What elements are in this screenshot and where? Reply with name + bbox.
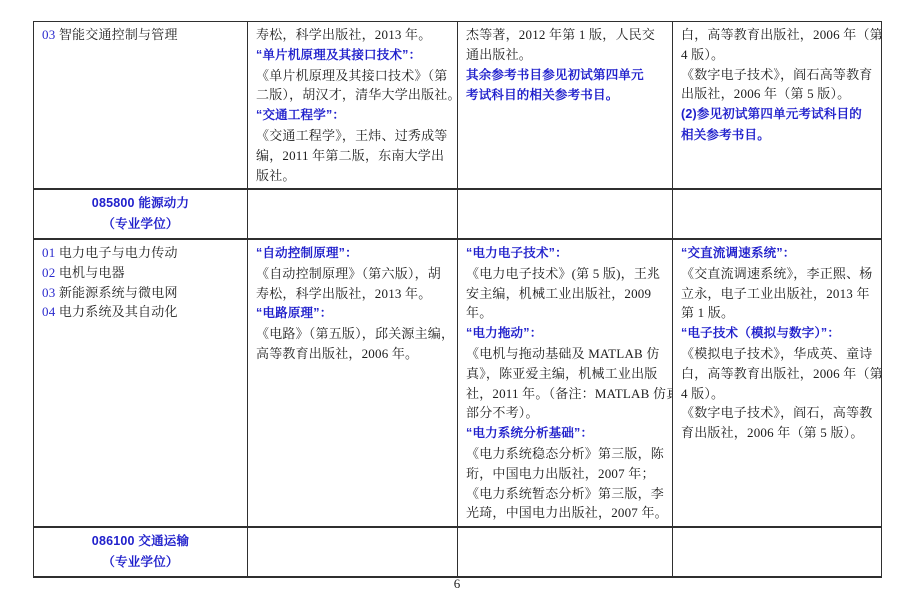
highlight-text: （专业学位） xyxy=(102,217,178,231)
highlight-text: 考试科目的相关参考书目。 xyxy=(466,88,618,102)
text-line: 《电力系统暂态分析》第三版，李 xyxy=(466,484,664,504)
text-line: 《自动控制原理》（第六版），胡 xyxy=(256,264,449,284)
reference-books-table: 03 智能交通控制与管理 寿松，科学出版社，2013 年。“单片机原理及其接口技… xyxy=(33,21,882,578)
highlight-text: “电力拖动”： xyxy=(466,326,542,340)
body-text: 01 xyxy=(42,245,59,260)
highlight-text: (2)参见初试第四单元考试科目的 xyxy=(681,107,862,121)
cell-empty xyxy=(458,527,673,577)
body-text: 育出版社，2006 年（第 5 版）。 xyxy=(681,425,864,440)
cell-refs-ac-dc-drive-electronics: “交直流调速系统”：《交直流调速系统》，李正熙、杨立永，电子工业出版社，2013… xyxy=(673,239,882,527)
text-line: 03 智能交通控制与管理 xyxy=(42,25,239,45)
text-line: “电子技术（模拟与数字）”： xyxy=(681,323,873,344)
text-line: “电力拖动”： xyxy=(466,323,664,344)
text-line: 《数字电子技术》，阎石高等教育 xyxy=(681,65,873,85)
cell-empty xyxy=(673,527,882,577)
text-line: 寿松，科学出版社，2013 年。 xyxy=(256,284,449,304)
text-line: 寿松，科学出版社，2013 年。 xyxy=(256,25,449,45)
body-text: 版社。 xyxy=(256,168,296,183)
cell-specialties-electric-power: 01 电力电子与电力传动02 电机与电器03 新能源系统与微电网04 电力系统及… xyxy=(34,239,248,527)
body-text: 二版），胡汉才，清华大学出版社。 xyxy=(256,87,458,102)
body-text: 通出版社。 xyxy=(466,47,532,62)
text-line: 《单片机原理及其接口技术》（第 xyxy=(256,66,449,86)
body-text: 《数字电子技术》，阎石高等教育 xyxy=(681,67,873,82)
cell-refs-microcontroller-traffic-eng: 寿松，科学出版社，2013 年。“单片机原理及其接口技术”：《单片机原理及其接口… xyxy=(248,22,458,190)
body-text: 光琦，中国电力出版社，2007 年。 xyxy=(466,505,668,520)
cell-program-085800-energy-power: 085800 能源动力（专业学位） xyxy=(34,189,248,239)
text-line: 年。 xyxy=(466,303,664,323)
body-text: 电力系统及其自动化 xyxy=(59,304,178,319)
body-text: 《交直流调速系统》，李正熙、杨 xyxy=(681,266,873,281)
text-line: 《电路》（第五版），邱关源主编， xyxy=(256,324,449,344)
body-text: 《模拟电子技术》，华成英、童诗 xyxy=(681,346,873,361)
body-text: 电力电子与电力传动 xyxy=(59,245,178,260)
highlight-text: “电子技术（模拟与数字）”： xyxy=(681,326,840,340)
text-line: “交直流调速系统”： xyxy=(681,243,873,264)
text-line: 相关参考书目。 xyxy=(681,125,873,146)
body-text: 《电路》（第五版），邱关源主编， xyxy=(256,326,454,341)
cell-refs-power-electronics-systems: “电力电子技术”：《电力电子技术》(第 5 版)，王兆安主编，机械工业出版社，2… xyxy=(458,239,673,527)
cell-empty xyxy=(248,527,458,577)
cell-empty xyxy=(248,189,458,239)
body-text: 《电机与拖动基础及 MATLAB 仿 xyxy=(466,346,660,361)
text-line: 育出版社，2006 年（第 5 版）。 xyxy=(681,423,873,443)
text-line: 高等教育出版社，2006 年。 xyxy=(256,344,449,364)
text-line: (2)参见初试第四单元考试科目的 xyxy=(681,104,873,125)
text-line: “电力系统分析基础”： xyxy=(466,423,664,444)
document-page: 03 智能交通控制与管理 寿松，科学出版社，2013 年。“单片机原理及其接口技… xyxy=(0,0,914,614)
cell-empty xyxy=(673,189,882,239)
body-text: 《单片机原理及其接口技术》（第 xyxy=(256,68,448,83)
body-text: 寿松，科学出版社，2013 年。 xyxy=(256,286,431,301)
text-line: 《模拟电子技术》，华成英、童诗 xyxy=(681,344,873,364)
body-text: 社，2011 年。（备注：MATLAB 仿真 xyxy=(466,386,673,401)
body-text: 04 xyxy=(42,304,59,319)
highlight-text: “交直流调速系统”： xyxy=(681,246,796,260)
body-text: 4 版）。 xyxy=(681,47,724,62)
body-text: 珩，中国电力出版社，2007 年； xyxy=(466,466,655,481)
cell-refs-auto-control-circuit: “自动控制原理”：《自动控制原理》（第六版），胡寿松，科学出版社，2013 年。… xyxy=(248,239,458,527)
text-line: 4 版）。 xyxy=(681,45,873,65)
text-line: 部分不考）。 xyxy=(466,403,664,423)
table-row: 03 智能交通控制与管理 寿松，科学出版社，2013 年。“单片机原理及其接口技… xyxy=(34,22,882,190)
text-line: 《电力电子技术》(第 5 版)，王兆 xyxy=(466,264,664,284)
text-line: 珩，中国电力出版社，2007 年； xyxy=(466,464,664,484)
body-text: 4 版）。 xyxy=(681,386,724,401)
text-line: 版社。 xyxy=(256,166,449,186)
text-line: “电路原理”： xyxy=(256,303,449,324)
highlight-text: “电力电子技术”： xyxy=(466,246,568,260)
highlight-text: （专业学位） xyxy=(102,555,178,569)
page-number: 6 xyxy=(0,576,914,592)
text-line: 安主编，机械工业出版社，2009 xyxy=(466,284,664,304)
text-line: 086100 交通运输 xyxy=(42,531,239,552)
highlight-text: 086100 交通运输 xyxy=(92,534,189,548)
cell-specialty-03-intelligent-transport: 03 智能交通控制与管理 xyxy=(34,22,248,190)
body-text: 立永，电子工业出版社，2013 年 xyxy=(681,286,870,301)
table-row: 086100 交通运输（专业学位） xyxy=(34,527,882,577)
text-line: 立永，电子工业出版社，2013 年 xyxy=(681,284,873,304)
table-row: 01 电力电子与电力传动02 电机与电器03 新能源系统与微电网04 电力系统及… xyxy=(34,239,882,527)
body-text: 杰等著，2012 年第 1 版，人民交 xyxy=(466,27,655,42)
text-line: 04 电力系统及其自动化 xyxy=(42,302,239,322)
body-text: 寿松，科学出版社，2013 年。 xyxy=(256,27,431,42)
body-text: 白，高等教育出版社，2006 年（第 xyxy=(681,27,882,42)
body-text: 03 xyxy=(42,27,59,42)
text-line: 杰等著，2012 年第 1 版，人民交 xyxy=(466,25,664,45)
body-text: 高等教育出版社，2006 年。 xyxy=(256,346,418,361)
text-line: 《交直流调速系统》，李正熙、杨 xyxy=(681,264,873,284)
text-line: 第 1 版。 xyxy=(681,303,873,323)
cell-program-086100-transportation: 086100 交通运输（专业学位） xyxy=(34,527,248,577)
highlight-text: “电路原理”： xyxy=(256,306,332,320)
text-line: “电力电子技术”： xyxy=(466,243,664,264)
body-text: 白，高等教育出版社，2006 年（第 xyxy=(681,366,882,381)
body-text: 《电力系统稳态分析》第三版，陈 xyxy=(466,446,664,461)
text-line: 考试科目的相关参考书目。 xyxy=(466,85,664,106)
highlight-text: “单片机原理及其接口技术”： xyxy=(256,48,421,62)
text-line: 03 新能源系统与微电网 xyxy=(42,283,239,303)
text-line: 光琦，中国电力出版社，2007 年。 xyxy=(466,503,664,523)
text-line: 01 电力电子与电力传动 xyxy=(42,243,239,263)
text-line: “单片机原理及其接口技术”： xyxy=(256,45,449,66)
text-line: 《电力系统稳态分析》第三版，陈 xyxy=(466,444,664,464)
body-text: 《交通工程学》，王炜、过秀成等 xyxy=(256,128,448,143)
text-line: 4 版）。 xyxy=(681,384,873,404)
text-line: 真》，陈亚爱主编，机械工业出版 xyxy=(466,364,664,384)
body-text: 新能源系统与微电网 xyxy=(59,285,178,300)
text-line: “交通工程学”： xyxy=(256,105,449,126)
body-text: 智能交通控制与管理 xyxy=(59,27,178,42)
text-line: （专业学位） xyxy=(42,214,239,235)
text-line: 二版），胡汉才，清华大学出版社。 xyxy=(256,85,449,105)
text-line: 白，高等教育出版社，2006 年（第 xyxy=(681,25,873,45)
text-line: 《交通工程学》，王炜、过秀成等 xyxy=(256,126,449,146)
text-line: 02 电机与电器 xyxy=(42,263,239,283)
text-line: 《数字电子技术》，阎石，高等教 xyxy=(681,403,873,423)
highlight-text: 其余参考书目参见初试第四单元 xyxy=(466,68,644,82)
highlight-text: 相关参考书目。 xyxy=(681,128,770,142)
body-text: 《数字电子技术》，阎石，高等教 xyxy=(681,405,873,420)
text-line: （专业学位） xyxy=(42,552,239,573)
text-line: 出版社，2006 年（第 5 版）。 xyxy=(681,84,873,104)
body-text: 第 1 版。 xyxy=(681,305,734,320)
body-text: 02 xyxy=(42,265,59,280)
body-text: 真》，陈亚爱主编，机械工业出版 xyxy=(466,366,658,381)
highlight-text: “交通工程学”： xyxy=(256,108,345,122)
cell-refs-other-unit4-note: 杰等著，2012 年第 1 版，人民交通出版社。 其余参考书目参见初试第四单元考… xyxy=(458,22,673,190)
highlight-text: “电力系统分析基础”： xyxy=(466,426,593,440)
text-line: 《电机与拖动基础及 MATLAB 仿 xyxy=(466,344,664,364)
body-text: 安主编，机械工业出版社，2009 xyxy=(466,286,651,301)
body-text: 03 xyxy=(42,285,59,300)
text-line: 白，高等教育出版社，2006 年（第 xyxy=(681,364,873,384)
body-text: 电机与电器 xyxy=(59,265,125,280)
text-line: “自动控制原理”： xyxy=(256,243,449,264)
body-text: 编，2011 年第二版，东南大学出 xyxy=(256,148,444,163)
body-text: 《电力电子技术》(第 5 版)，王兆 xyxy=(466,266,660,281)
text-line: 编，2011 年第二版，东南大学出 xyxy=(256,146,449,166)
text-line: 085800 能源动力 xyxy=(42,193,239,214)
text-line: 社，2011 年。（备注：MATLAB 仿真 xyxy=(466,384,664,404)
highlight-text: “自动控制原理”： xyxy=(256,246,358,260)
body-text: 《自动控制原理》（第六版），胡 xyxy=(256,266,441,281)
body-text: 年。 xyxy=(466,305,492,320)
highlight-text: 085800 能源动力 xyxy=(92,196,189,210)
text-line: 其余参考书目参见初试第四单元 xyxy=(466,65,664,86)
cell-empty xyxy=(458,189,673,239)
body-text: 部分不考）。 xyxy=(466,405,539,420)
text-line: 通出版社。 xyxy=(466,45,664,65)
body-text: 《电力系统暂态分析》第三版，李 xyxy=(466,486,664,501)
cell-refs-digital-electronics-note: 白，高等教育出版社，2006 年（第4 版）。《数字电子技术》，阎石高等教育出版… xyxy=(673,22,882,190)
body-text: 出版社，2006 年（第 5 版）。 xyxy=(681,86,850,101)
table-row: 085800 能源动力（专业学位） xyxy=(34,189,882,239)
